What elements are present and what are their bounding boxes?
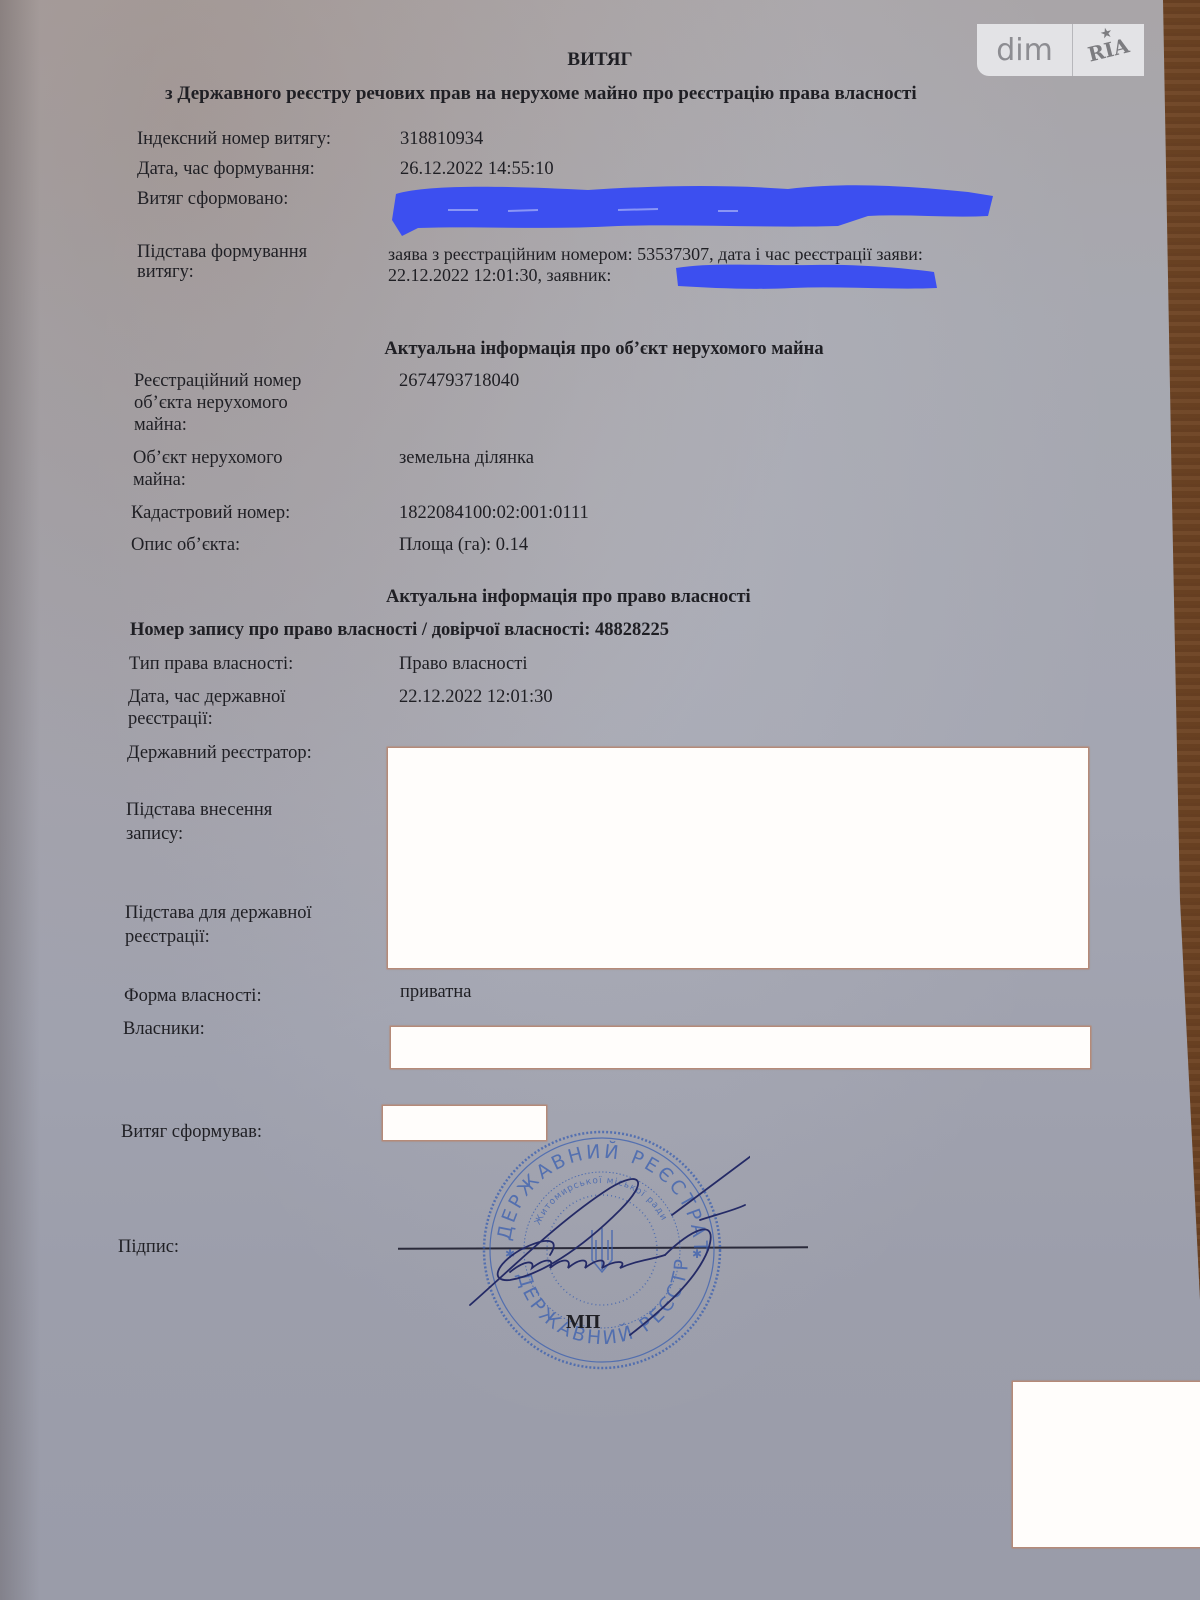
white-redaction-registrar-and-basis — [388, 748, 1088, 968]
svg-text:✱: ✱ — [692, 1247, 702, 1261]
white-redaction-owners — [391, 1027, 1090, 1068]
field-label-cadastral-number: Кадастровий номер: — [131, 502, 290, 525]
field-label-extract-index: Індексний номер витягу: — [137, 128, 331, 151]
svg-text:Житомирської міської ради: Житомирської міської ради — [533, 1176, 669, 1227]
field-label-object-reg-number: Реєстраційний номер об’єкта нерухомого м… — [134, 370, 301, 436]
field-label-ownership-type: Тип права власності: — [129, 653, 293, 676]
svg-text:ДЕРЖАВНИЙ РЕЄСТРАТОР: ДЕРЖАВНИЙ РЕЄСТРАТОР — [450, 1100, 711, 1256]
field-label-registration-basis: Підстава для державної реєстрації: — [125, 901, 312, 949]
seal-mark: МП — [566, 1311, 600, 1334]
field-label-ownership-form: Форма власності: — [124, 985, 262, 1008]
document-title: ВИТЯГ — [0, 48, 1200, 71]
field-label-extract-formed: Витяг сформовано: — [137, 188, 288, 211]
field-value-object-reg-number: 2674793718040 — [399, 370, 519, 393]
star-icon: ★ — [1099, 25, 1113, 41]
field-value-ownership-form: приватна — [400, 981, 471, 1004]
field-value-ownership-type: Право власності — [399, 653, 528, 676]
blue-redaction-formed — [388, 180, 998, 240]
field-value-extract-index: 318810934 — [400, 128, 483, 151]
field-label-owners: Власники: — [123, 1018, 205, 1041]
field-value-registration-datetime: 22.12.2022 12:01:30 — [399, 686, 553, 709]
document-subtitle: з Державного реєстру речових прав на нер… — [165, 82, 917, 105]
formed-by-label: Витяг сформував: — [121, 1121, 262, 1144]
field-label-state-registrar: Державний реєстратор: — [127, 742, 312, 765]
field-value-object-type: земельна ділянка — [399, 447, 534, 470]
field-label-entry-basis: Підстава внесення запису: — [126, 798, 272, 846]
field-label-object-description: Опис об’єкта: — [131, 534, 240, 557]
field-value-formation-datetime: 26.12.2022 14:55:10 — [400, 158, 554, 181]
field-label-registration-datetime: Дата, час державної реєстрації: — [128, 686, 285, 730]
ownership-section-heading: Актуальна інформація про право власності — [386, 586, 751, 609]
white-redaction-corner — [1013, 1382, 1200, 1547]
field-value-cadastral-number: 1822084100:02:001:0111 — [399, 502, 589, 525]
field-label-formation-datetime: Дата, час формування: — [137, 158, 315, 181]
object-section-heading: Актуальна інформація про об’єкт нерухомо… — [0, 338, 1200, 361]
blue-redaction-applicant — [672, 260, 942, 294]
signature-label: Підпис: — [118, 1236, 179, 1259]
field-label-formation-basis: Підстава формування витягу: — [137, 242, 307, 282]
field-label-object-type: Об’єкт нерухомого майна: — [133, 447, 282, 491]
ownership-record-number: Номер запису про право власності / довір… — [130, 619, 669, 642]
field-value-object-description: Площа (га): 0.14 — [399, 534, 528, 557]
